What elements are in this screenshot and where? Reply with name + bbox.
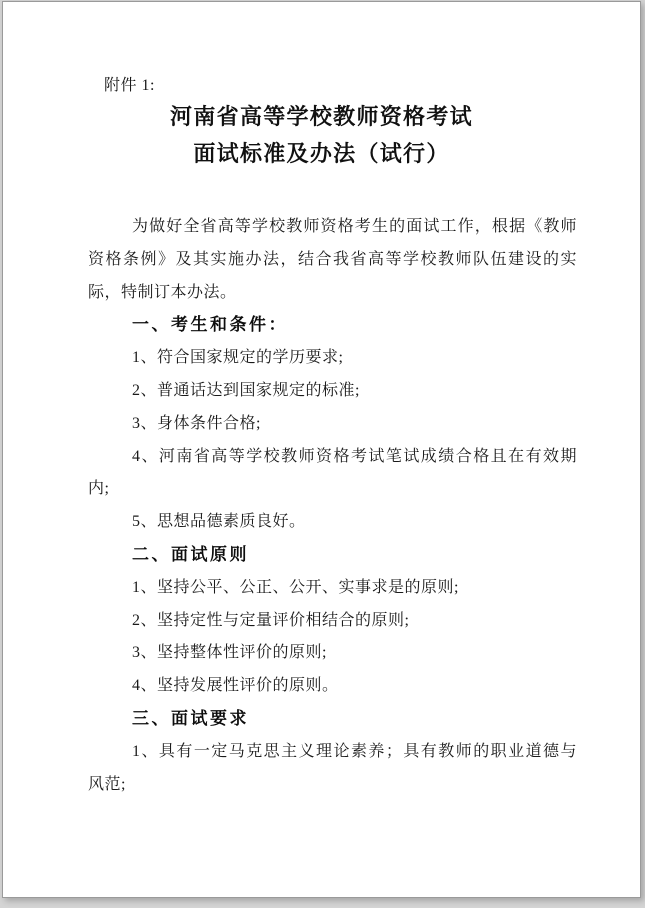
document-body: 为做好全省高等学校教师资格考生的面试工作，根据《教师 资格条例》及其实施办法，结… xyxy=(88,211,577,801)
section-1-item-4: 4、河南省高等学校教师资格考试笔试成绩合格且在有效期 xyxy=(88,441,577,474)
section-3-heading: 三、面试要求 xyxy=(88,703,577,736)
section-2-item-1: 1、坚持公平、公正、公开、实事求是的原则; xyxy=(88,572,577,605)
document-page: 附件 1: 河南省高等学校教师资格考试 面试标准及办法（试行） 为做好全省高等学… xyxy=(2,1,641,898)
title-line-1: 河南省高等学校教师资格考试 xyxy=(3,98,640,135)
document-title: 河南省高等学校教师资格考试 面试标准及办法（试行） xyxy=(3,98,640,172)
section-2-item-2: 2、坚持定性与定量评价相结合的原则; xyxy=(88,605,577,638)
section-1-item-1: 1、符合国家规定的学历要求; xyxy=(88,342,577,375)
section-1-item-2: 2、普通话达到国家规定的标准; xyxy=(88,375,577,408)
section-2-item-3: 3、坚持整体性评价的原则; xyxy=(88,637,577,670)
attachment-label: 附件 1: xyxy=(104,76,155,96)
section-1-heading: 一、考生和条件： xyxy=(88,309,577,342)
section-2-heading: 二、面试原则 xyxy=(88,539,577,572)
section-1-item-5: 5、思想品德素质良好。 xyxy=(88,506,577,539)
section-3-item-1-cont: 风范; xyxy=(88,769,577,802)
section-1-item-4-cont: 内; xyxy=(88,473,577,506)
section-3-item-1: 1、具有一定马克思主义理论素养；具有教师的职业道德与 xyxy=(88,736,577,769)
title-line-2: 面试标准及办法（试行） xyxy=(3,135,640,172)
intro-line-2: 资格条例》及其实施办法，结合我省高等学校教师队伍建设的实 xyxy=(88,244,577,277)
section-1-item-3: 3、身体条件合格; xyxy=(88,408,577,441)
viewer-background: 附件 1: 河南省高等学校教师资格考试 面试标准及办法（试行） 为做好全省高等学… xyxy=(0,0,645,908)
section-2-item-4: 4、坚持发展性评价的原则。 xyxy=(88,670,577,703)
intro-line-3: 际，特制订本办法。 xyxy=(88,277,577,310)
intro-line-1: 为做好全省高等学校教师资格考生的面试工作，根据《教师 xyxy=(88,211,577,244)
